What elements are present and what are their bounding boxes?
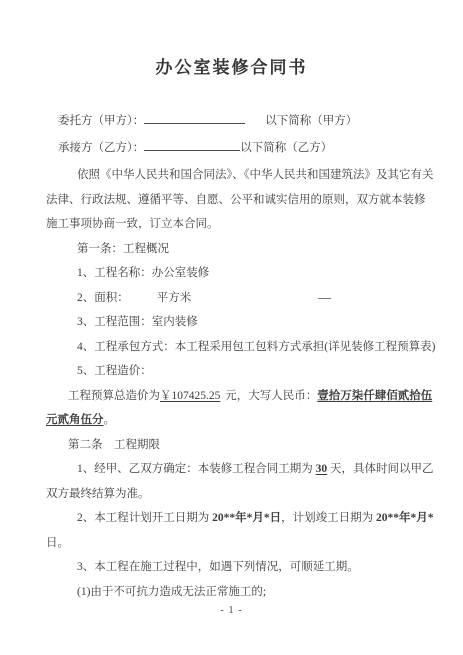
party-b-alias: 以下简称（乙方） [240, 142, 332, 154]
party-a-blank [144, 111, 245, 124]
cost-line-2: 元贰角伍分。 [46, 408, 421, 433]
article2-item4: (1)由于不可抗力造成无法正常施工的; [46, 580, 421, 605]
area-unit: 平方米 [157, 292, 192, 304]
end-date-prefix: ，计划竣工日期为 [281, 512, 376, 524]
cost-words: 壹拾万柒仟肆佰贰拾伍 [317, 390, 432, 402]
party-a-alias: 以下简称（甲方） [265, 115, 357, 127]
article1-item5: 5、工程造价： [46, 359, 421, 384]
article1-item2: 2、面积：平方米 [46, 286, 421, 311]
document-title: 办公室装修合同书 [0, 0, 463, 78]
article1-item1: 1、工程名称：办公室装修 [46, 261, 421, 286]
cost-amount: ￥107425.25 [160, 390, 222, 402]
start-date-prefix: 2、本工程计划开工日期为 [77, 512, 212, 524]
party-a-label: 委托方（甲方）： [58, 115, 144, 127]
article2-heading: 第二条 工程期限 [46, 433, 421, 458]
contract-page: 办公室装修合同书 委托方（甲方）：以下简称（甲方） 承接方（乙方）：以下简称（乙… [0, 0, 463, 655]
preamble-line: 法律、行政法规、遵循平等、自愿、公平和诚实信用的原则，双方就本装修 [46, 188, 421, 213]
party-a-line: 委托方（甲方）：以下简称（甲方） [58, 108, 423, 135]
preamble-line: 依照《中华人民共和国合同法》、《中华人民共和国建筑法》及其它有关 [46, 163, 421, 188]
cost-line-1: 工程预算总造价为￥107425.25 元，大写人民币：壹拾万柒仟肆佰贰拾伍 [46, 384, 421, 409]
cost-period: 。 [104, 414, 116, 426]
duration-days: 30 [316, 463, 328, 475]
article2-item1-line1: 1、经甲、乙双方确定：本装修工程合同工期为 30 天，具体时间以甲乙 [46, 457, 421, 482]
party-b-line: 承接方（乙方）：以下简称（乙方） [58, 135, 423, 162]
cost-words: 元贰角伍分 [46, 414, 104, 426]
area-label: 2、面积： [77, 292, 129, 304]
party-b-label: 承接方（乙方）： [58, 142, 144, 154]
duration-suffix: 天，具体时间以甲乙 [327, 463, 433, 475]
start-date: 20**年*月*日 [212, 512, 281, 524]
end-date: 20**年*月* [376, 512, 434, 524]
party-b-blank [144, 138, 240, 151]
page-number: - 1 - [0, 605, 463, 616]
duration-prefix: 1、经甲、乙双方确定：本装修工程合同工期为 [77, 463, 316, 475]
parties-section: 委托方（甲方）：以下简称（甲方） 承接方（乙方）：以下简称（乙方） [58, 108, 423, 162]
cost-mid: 元，大写人民币： [222, 390, 317, 402]
preamble-line: 施工事项协商一致，订立本合同。 [46, 212, 421, 237]
article1-item3: 3、工程范围：室内装修 [46, 310, 421, 335]
article2-item1-line2: 双方最终结算为准。 [46, 482, 421, 507]
contract-body: 依照《中华人民共和国合同法》、《中华人民共和国建筑法》及其它有关 法律、行政法规… [46, 163, 421, 604]
article2-item2-line2: 日。 [46, 531, 421, 556]
article2-item2-line1: 2、本工程计划开工日期为 20**年*月*日，计划竣工日期为 20**年*月* [46, 506, 421, 531]
article1-item4: 4、工程承包方式：本工程采用包工包料方式承担(详见装修工程预算表) [46, 335, 421, 360]
article1-heading: 第一条：工程概况 [46, 237, 421, 262]
cost-prefix: 工程预算总造价为 [68, 390, 160, 402]
article2-item3: 3、本工程在施工过程中，如遇下列情况，可顺延工期。 [46, 555, 421, 580]
stray-dash-mark [318, 298, 331, 299]
